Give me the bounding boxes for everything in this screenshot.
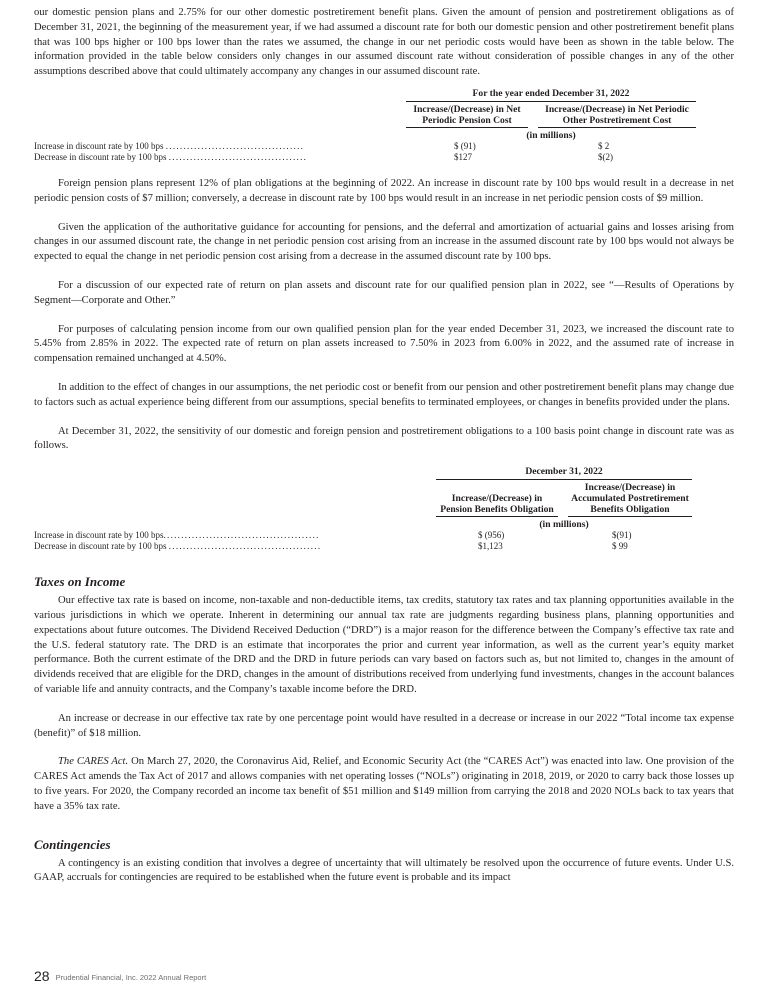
paragraph-cares-act: The CARES Act. On March 27, 2020, the Co… [34, 755, 734, 814]
paragraph-foreign-pension: Foreign pension plans represent 12% of p… [34, 177, 734, 207]
row-value: $(2) [538, 152, 696, 163]
page-number: 28 [34, 968, 50, 984]
row-value: $(91) [568, 530, 692, 541]
table2-col2-header: Increase/(Decrease) in Accumulated Postr… [568, 480, 692, 517]
document-page: our domestic pension plans and 2.75% for… [34, 6, 734, 886]
net-periodic-cost-sensitivity-table: For the year ended December 31, 2022 Inc… [34, 88, 696, 163]
table1-units: (in millions) [406, 127, 696, 141]
section-heading-contingencies: Contingencies [34, 837, 734, 853]
table2-period-header: December 31, 2022 [436, 466, 692, 480]
row-label: Decrease in discount rate by 100 bps [34, 152, 166, 162]
row-value: $ (956) [436, 530, 558, 541]
row-value: $ 2 [538, 141, 696, 152]
cares-act-body: On March 27, 2020, the Coronavirus Aid, … [34, 756, 734, 811]
paragraph-obligation-sensitivity: At December 31, 2022, the sensitivity of… [34, 425, 734, 455]
table-row: Decrease in discount rate by 100 bps ...… [34, 152, 696, 163]
row-label: Increase in discount rate by 100 bps [34, 530, 163, 540]
paragraph-effective-tax-rate: Our effective tax rate is based on incom… [34, 594, 734, 698]
cares-act-lead: The CARES Act. [58, 756, 128, 767]
table1-period-header: For the year ended December 31, 2022 [406, 88, 696, 102]
paragraph-discount-rate-intro: our domestic pension plans and 2.75% for… [34, 6, 734, 80]
table1-col1-header: Increase/(Decrease) in Net Periodic Pens… [406, 101, 528, 127]
obligation-sensitivity-table: December 31, 2022 Increase/(Decrease) in… [34, 466, 692, 552]
paragraph-results-reference: For a discussion of our expected rate of… [34, 279, 734, 309]
row-label: Increase in discount rate by 100 bps [34, 141, 163, 151]
paragraph-2023-assumptions: For purposes of calculating pension inco… [34, 323, 734, 367]
table-row: Increase in discount rate by 100 bps ...… [34, 141, 696, 152]
row-value: $127 [406, 152, 528, 163]
paragraph-other-factors: In addition to the effect of changes in … [34, 381, 734, 411]
page-footer: 28 Prudential Financial, Inc. 2022 Annua… [34, 968, 206, 984]
row-value: $ 99 [568, 541, 692, 552]
table2-units: (in millions) [436, 517, 692, 531]
row-label: Decrease in discount rate by 100 bps [34, 541, 166, 551]
table2-col1-header: Increase/(Decrease) in Pension Benefits … [436, 480, 558, 517]
table-row: Increase in discount rate by 100 bps....… [34, 530, 692, 541]
row-value: $ (91) [406, 141, 528, 152]
paragraph-authoritative-guidance: Given the application of the authoritati… [34, 221, 734, 265]
table-row: Decrease in discount rate by 100 bps ...… [34, 541, 692, 552]
paragraph-contingency-definition: A contingency is an existing condition t… [34, 857, 734, 887]
table1-col2-header: Increase/(Decrease) in Net Periodic Othe… [538, 101, 696, 127]
row-value: $1,123 [436, 541, 558, 552]
section-heading-taxes-on-income: Taxes on Income [34, 574, 734, 590]
publication-title: Prudential Financial, Inc. 2022 Annual R… [56, 973, 207, 982]
paragraph-tax-rate-sensitivity: An increase or decrease in our effective… [34, 712, 734, 742]
